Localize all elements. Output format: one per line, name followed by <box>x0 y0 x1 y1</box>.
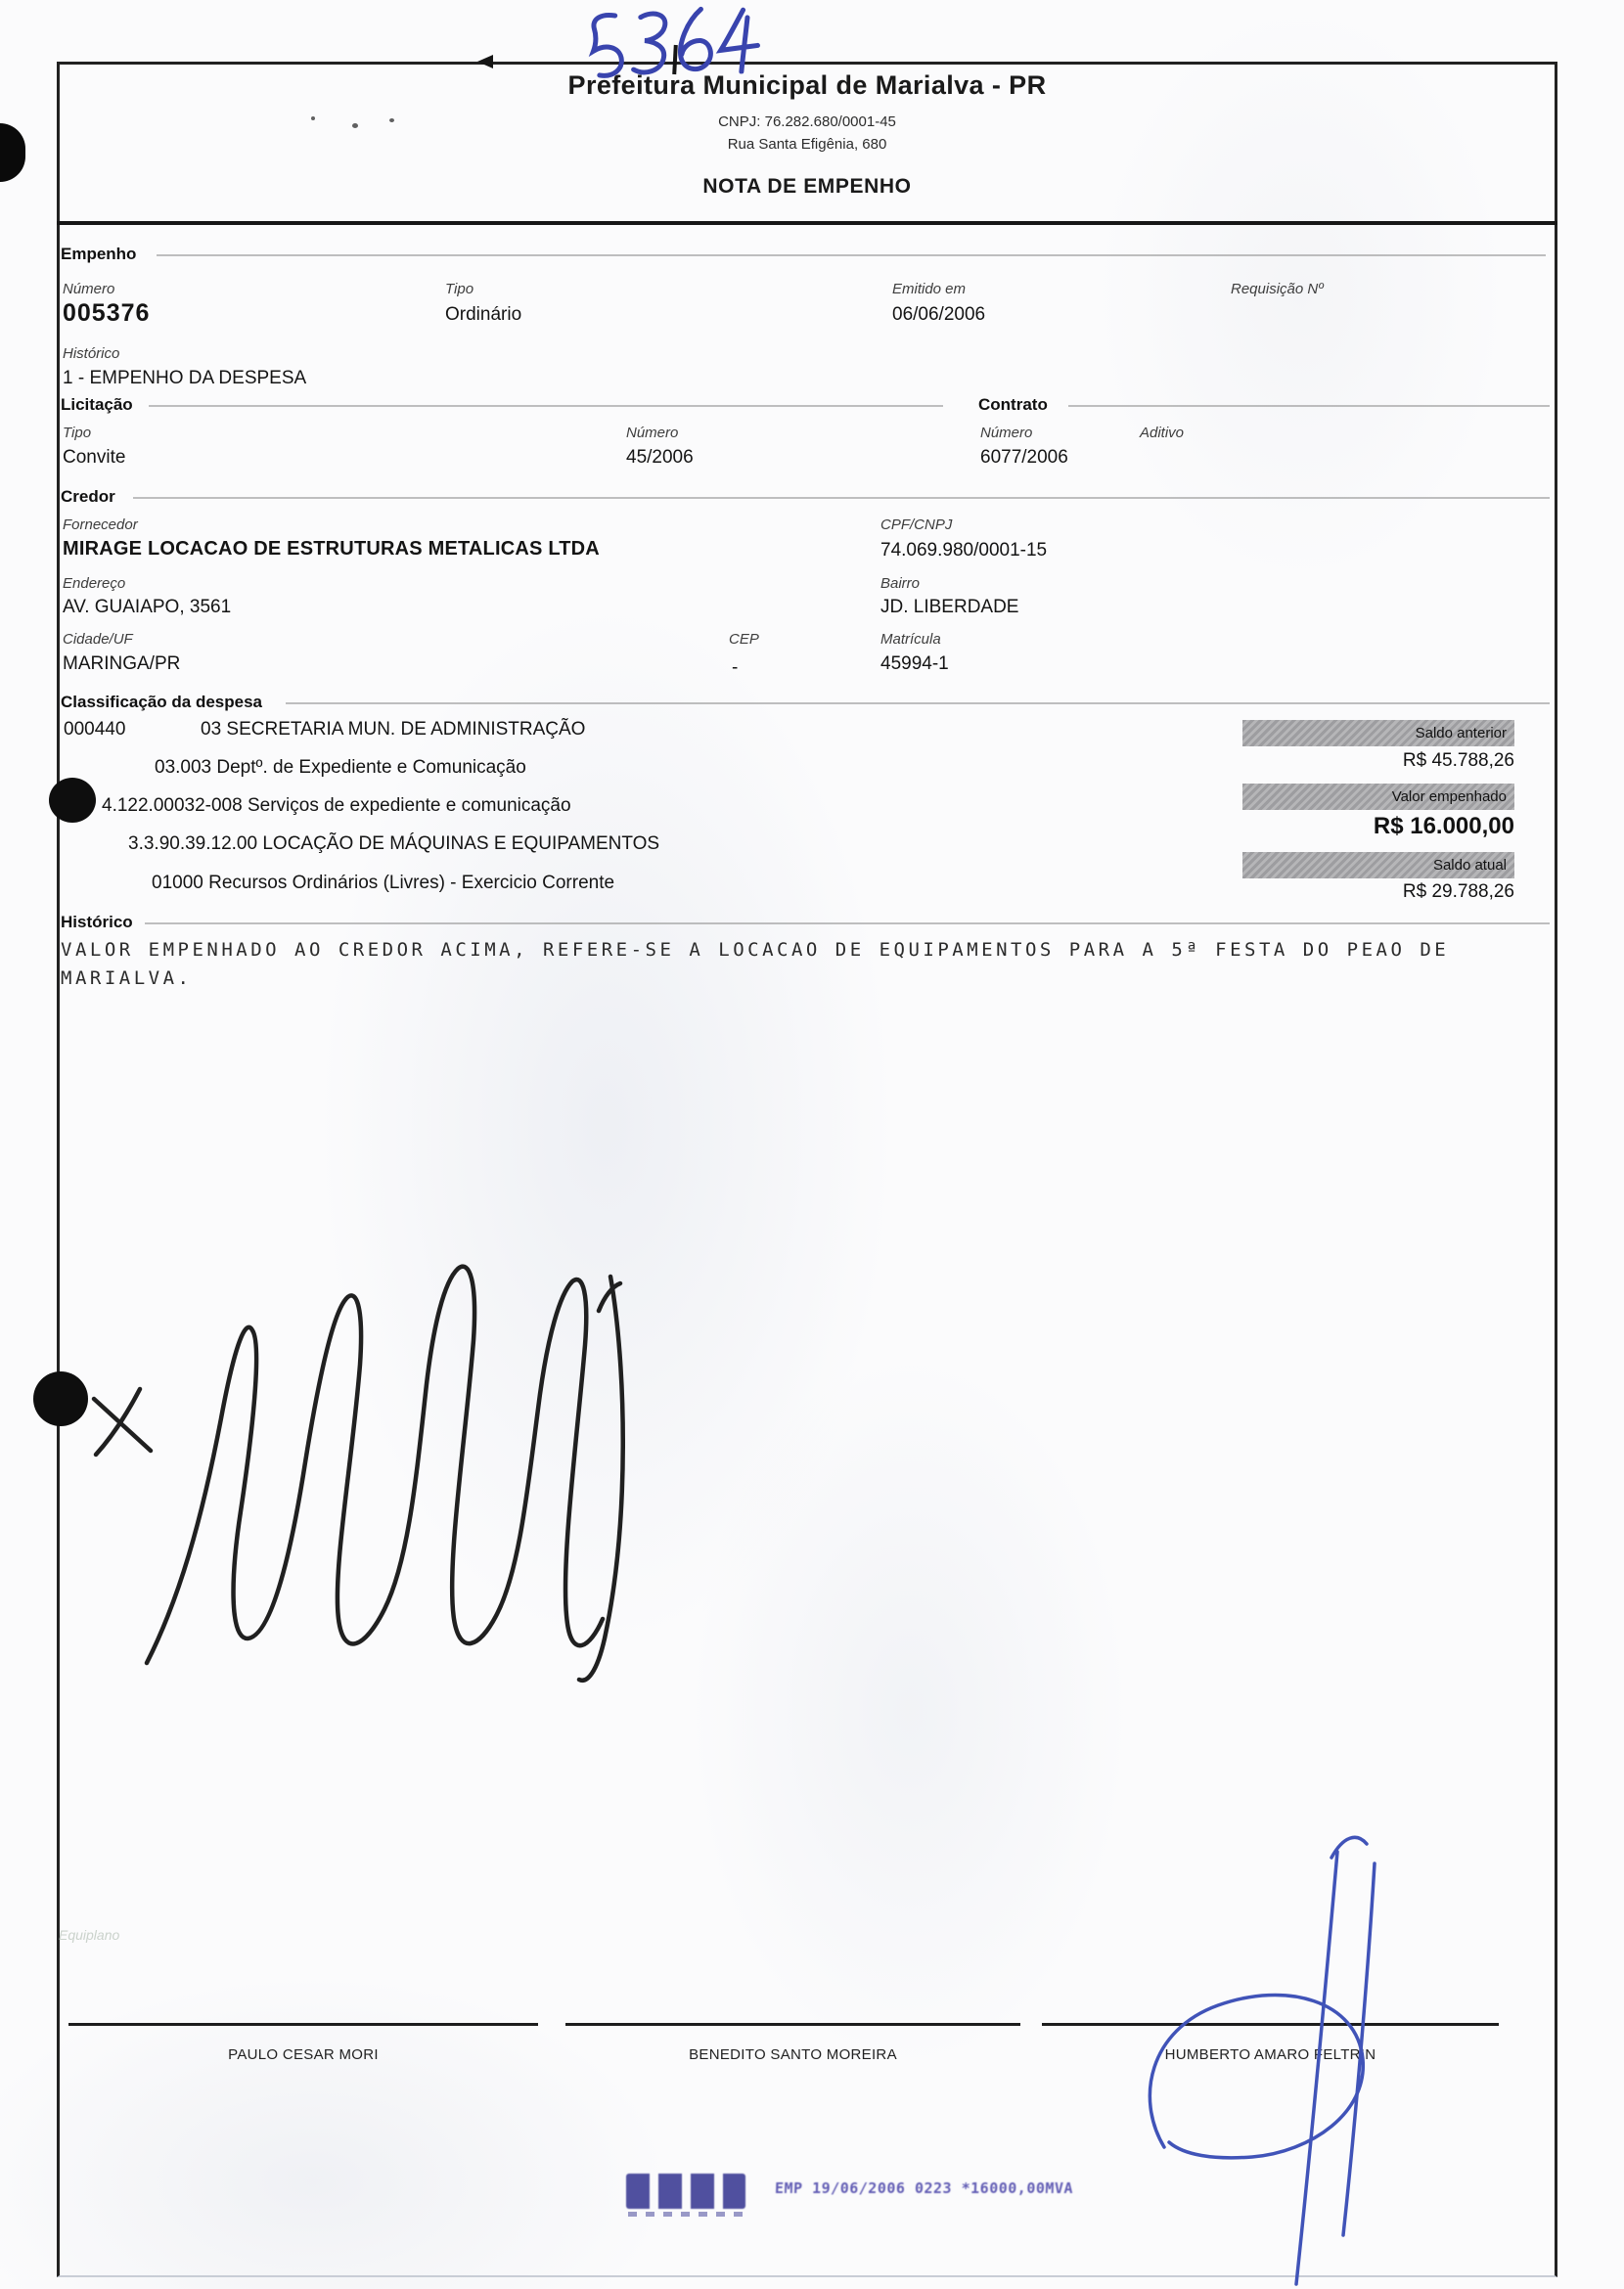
section-rule <box>286 702 1550 704</box>
contrato-numero-label: Número <box>980 425 1032 441</box>
cpf-cnpj-label: CPF/CNPJ <box>880 516 952 533</box>
emitido-em: 06/06/2006 <box>892 304 985 326</box>
saldo-atual-bar: Saldo atual <box>1242 852 1514 878</box>
section-rule <box>133 497 1550 499</box>
stamp-logo <box>626 2174 745 2209</box>
section-licitacao: Licitação <box>61 395 133 415</box>
fornecedor-label: Fornecedor <box>63 516 138 533</box>
cpf-cnpj: 74.069.980/0001-15 <box>880 540 1047 561</box>
scan-speckle <box>311 116 315 120</box>
section-historico: Histórico <box>61 913 133 932</box>
section-rule <box>145 922 1550 924</box>
org-title: Prefeitura Municipal de Marialva - PR <box>57 70 1557 101</box>
signatory-name: HUMBERTO AMARO FELTRIN <box>1042 2046 1499 2063</box>
historico-text: VALOR EMPENHADO AO CREDOR ACIMA, REFERE-… <box>61 936 1513 993</box>
stamp-logo-ticks <box>628 2212 744 2217</box>
licitacao-numero: 45/2006 <box>626 447 694 469</box>
matricula: 45994-1 <box>880 653 949 675</box>
empenho-tipo: Ordinário <box>445 304 521 326</box>
saldo-atual-value: R$ 29.788,26 <box>1242 881 1514 903</box>
licitacao-numero-label: Número <box>626 425 678 441</box>
section-empenho: Empenho <box>61 245 136 264</box>
cep-label: CEP <box>729 631 759 648</box>
classificacao-row: 01000 Recursos Ordinários (Livres) - Exe… <box>152 873 614 894</box>
org-address: Rua Santa Efigênia, 680 <box>57 136 1557 153</box>
empenho-numero-label: Número <box>63 281 114 297</box>
empenho-numero: 005376 <box>63 299 150 328</box>
section-rule <box>157 254 1546 256</box>
signature-line <box>565 2023 1020 2026</box>
endereco-label: Endereço <box>63 575 125 592</box>
section-rule <box>1068 405 1550 407</box>
fornecedor: MIRAGE LOCACAO DE ESTRUTURAS METALICAS L… <box>63 538 600 561</box>
scan-edge-artifact <box>0 123 25 182</box>
cep: - <box>732 657 738 679</box>
cidade-uf: MARINGA/PR <box>63 653 180 675</box>
signatory-name: BENEDITO SANTO MOREIRA <box>565 2046 1020 2063</box>
section-classificacao: Classificação da despesa <box>61 693 262 712</box>
contrato-numero: 6077/2006 <box>980 447 1068 469</box>
section-credor: Credor <box>61 487 115 507</box>
saldo-anterior-value: R$ 45.788,26 <box>1242 750 1514 772</box>
bairro-label: Bairro <box>880 575 920 592</box>
document-title: NOTA DE EMPENHO <box>57 175 1557 199</box>
footer-watermark: Equiplano <box>59 1927 119 1943</box>
document-scan: Prefeitura Municipal de Marialva - PR CN… <box>0 0 1624 2289</box>
signature-line <box>1042 2023 1499 2026</box>
signatory-name: PAULO CESAR MORI <box>68 2046 538 2063</box>
valor-empenhado-bar: Valor empenhado <box>1242 784 1514 810</box>
contrato-aditivo-label: Aditivo <box>1140 425 1184 441</box>
bairro: JD. LIBERDADE <box>880 597 1018 618</box>
org-cnpj: CNPJ: 76.282.680/0001-45 <box>57 113 1557 130</box>
requisicao-label: Requisição Nº <box>1231 281 1324 297</box>
header-separator <box>57 221 1557 225</box>
scan-arrow-mark <box>477 55 493 68</box>
classificacao-row-code: 000440 <box>64 719 125 741</box>
document-border <box>57 62 1557 2277</box>
classificacao-row: 4.122.00032-008 Serviços de expediente e… <box>102 795 571 817</box>
endereco: AV. GUAIAPO, 3561 <box>63 597 231 618</box>
scan-hole-punch <box>49 778 96 823</box>
classificacao-row: 03.003 Deptº. de Expediente e Comunicaçã… <box>155 757 526 779</box>
empenho-tipo-label: Tipo <box>445 281 474 297</box>
saldo-anterior-bar: Saldo anterior <box>1242 720 1514 746</box>
classificacao-row: 03 SECRETARIA MUN. DE ADMINISTRAÇÃO <box>201 719 585 741</box>
section-contrato: Contrato <box>978 395 1048 415</box>
scan-speckle <box>352 123 358 128</box>
licitacao-tipo-label: Tipo <box>63 425 91 441</box>
stamp-validation-text: EMP 19/06/2006 0223 *16000,00MVA <box>775 2179 1074 2197</box>
emitido-em-label: Emitido em <box>892 281 966 297</box>
empenho-historico: 1 - EMPENHO DA DESPESA <box>63 368 306 389</box>
section-rule <box>149 405 943 407</box>
scan-speckle <box>389 118 394 122</box>
empenho-historico-label: Histórico <box>63 345 119 362</box>
signature-line <box>68 2023 538 2026</box>
valor-empenhado-value: R$ 16.000,00 <box>1242 813 1514 840</box>
matricula-label: Matrícula <box>880 631 941 648</box>
scan-hole-punch <box>33 1371 88 1426</box>
cidade-uf-label: Cidade/UF <box>63 631 133 648</box>
classificacao-row: 3.3.90.39.12.00 LOCAÇÃO DE MÁQUINAS E EQ… <box>128 833 659 855</box>
licitacao-tipo: Convite <box>63 447 125 469</box>
